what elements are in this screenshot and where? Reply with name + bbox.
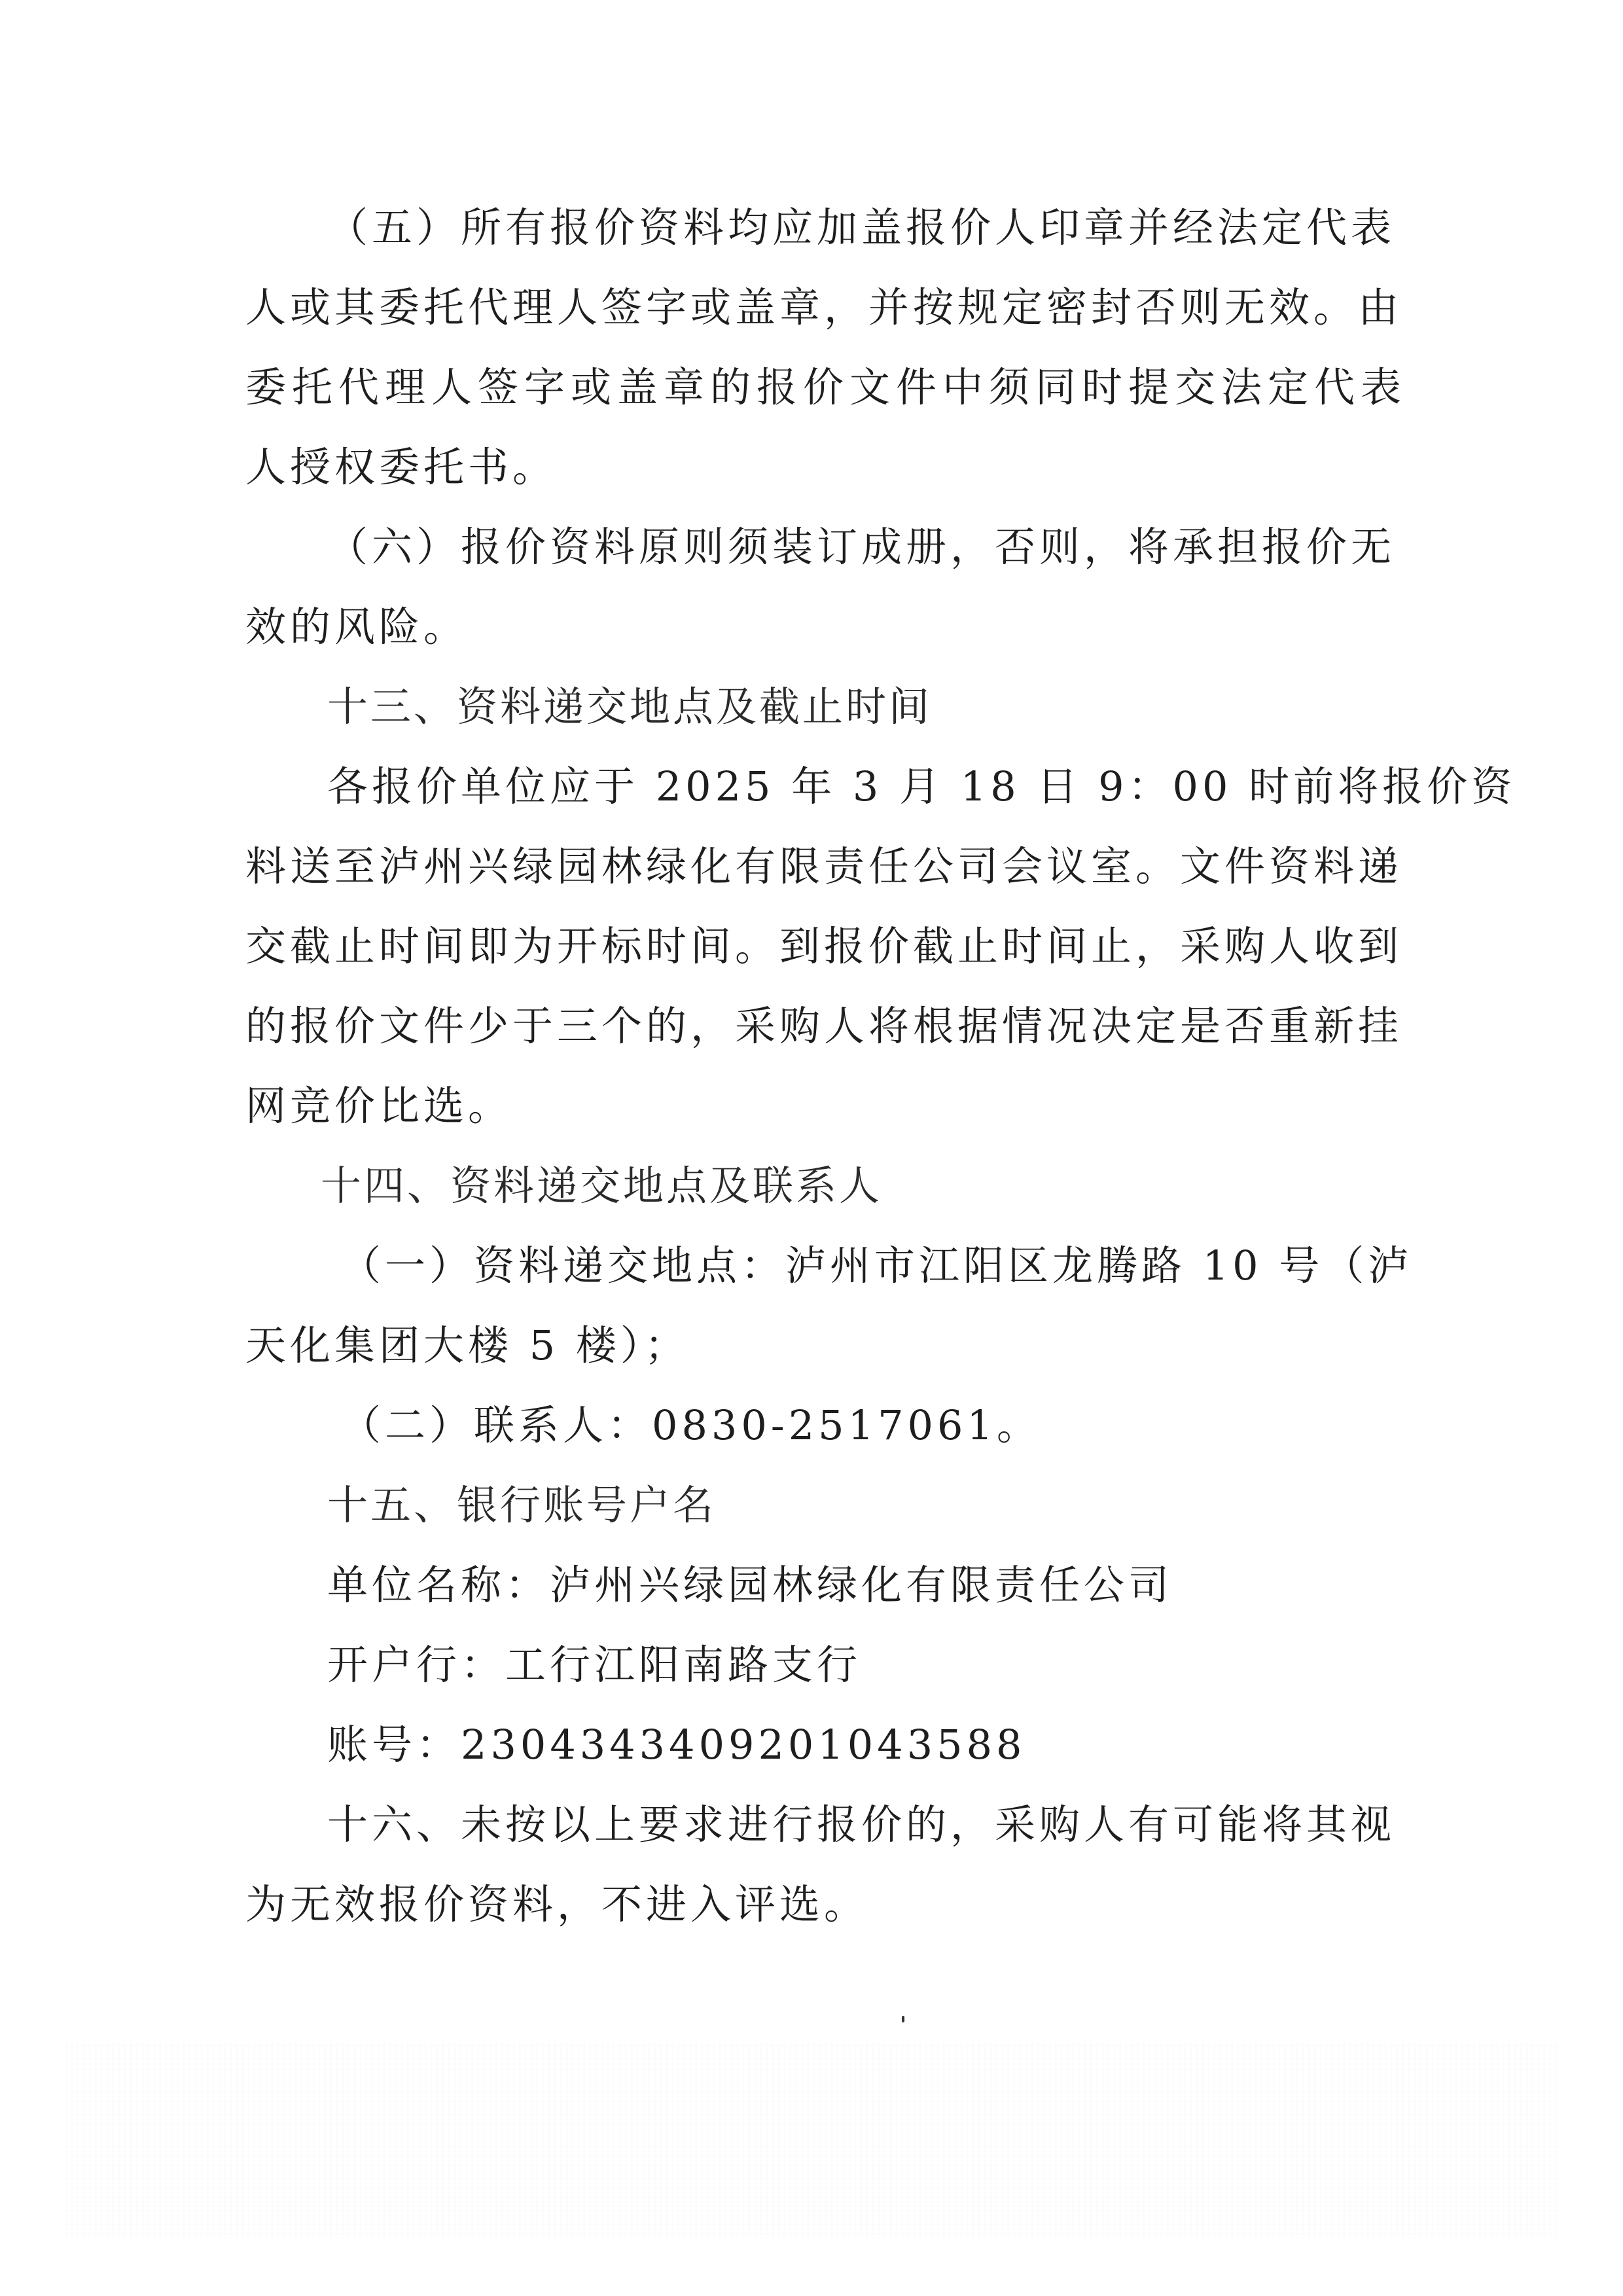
section13-line-5: 网竞价比选。 xyxy=(245,1080,1371,1132)
section-15-heading: 十五、银行账号户名 xyxy=(327,1479,1453,1532)
item5-line-4: 人授权委托书。 xyxy=(245,441,1371,493)
scan-bleedthrough xyxy=(65,2042,1558,2238)
bank-branch: 开户行：工行江阳南路支行 xyxy=(327,1639,1453,1691)
section-14-heading: 十四、资料递交地点及联系人 xyxy=(321,1160,1446,1212)
section13-line-3: 交截止时间即为开标时间。到报价截止时间止，采购人收到 xyxy=(245,920,1371,973)
section14-contact: （二）联系人：0830-2517061。 xyxy=(340,1399,1466,1452)
section-13-heading: 十三、资料递交地点及截止时间 xyxy=(327,681,1453,733)
section14-address-line-1: （一）资料递交地点：泸州市江阳区龙腾路 10 号（泸 xyxy=(340,1240,1371,1292)
section13-line-4: 的报价文件少于三个的，采购人将根据情况决定是否重新挂 xyxy=(245,1000,1371,1052)
section14-address-line-2: 天化集团大楼 5 楼）； xyxy=(245,1319,1371,1372)
section13-line-2: 料送至泸州兴绿园林绿化有限责任公司会议室。文件资料递 xyxy=(245,840,1371,893)
bank-unit-name: 单位名称：泸州兴绿园林绿化有限责任公司 xyxy=(327,1559,1453,1611)
document-page: （五）所有报价资料均应加盖报价人印章并经法定代表 人或其委托代理人签字或盖章，并… xyxy=(0,0,1623,2296)
section16-line-2: 为无效报价资料，不进入评选。 xyxy=(245,1878,1371,1931)
scan-speck xyxy=(902,2016,904,2022)
item5-line-2: 人或其委托代理人签字或盖章，并按规定密封否则无效。由 xyxy=(245,281,1371,334)
section16-line-1: 十六、未按以上要求进行报价的，采购人有可能将其视 xyxy=(327,1799,1371,1851)
item6-line-2: 效的风险。 xyxy=(245,601,1371,653)
item5-line-3: 委托代理人签字或盖章的报价文件中须同时提交法定代表 xyxy=(245,361,1358,414)
item5-line-1: （五）所有报价资料均应加盖报价人印章并经法定代表 xyxy=(327,202,1371,254)
bank-account-number: 账号：2304343409201043588 xyxy=(327,1719,1453,1771)
section13-line-1: 各报价单位应于 2025 年 3 月 18 日 9：00 时前将报价资 xyxy=(327,761,1371,813)
item6-line-1: （六）报价资料原则须装订成册，否则，将承担报价无 xyxy=(327,521,1371,573)
